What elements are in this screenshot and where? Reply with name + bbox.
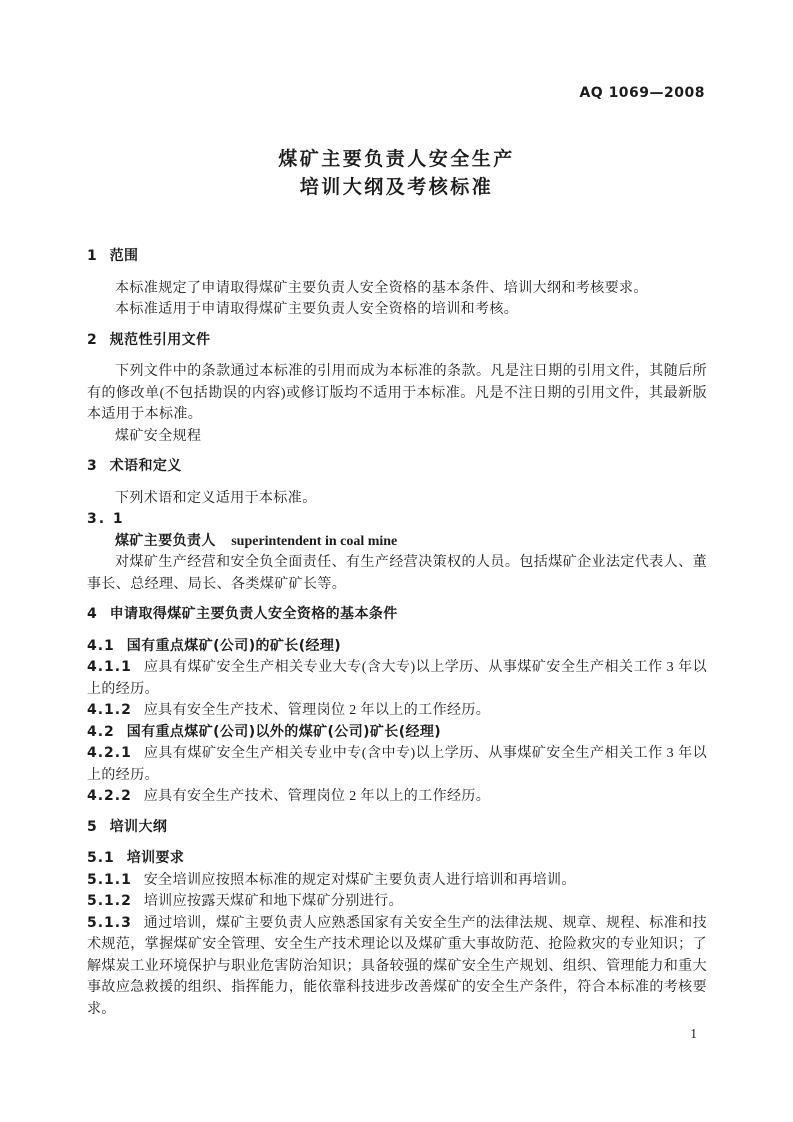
- section-4-heading: 4申请取得煤矿主要负责人安全资格的基本条件: [87, 604, 707, 626]
- text-run: 应具有安全生产技术、管理岗位 2 年以上的工作经历。: [144, 789, 490, 804]
- text-run: 应具有煤矿安全生产相关专业中专(含中专)以上学历、从事煤矿安全生产相关工作 3 …: [87, 746, 707, 783]
- text-run: 下列文件中的条款通过本标准的引用而成为本标准的条款。凡是注日期的引用文件，其随后…: [87, 364, 707, 422]
- clause-number: 3: [87, 458, 98, 474]
- clause-4-2-1: 4.2.1应具有煤矿安全生产相关专业中专(含中专)以上学历、从事煤矿安全生产相关…: [87, 743, 707, 786]
- clause-number: 4.1.1: [87, 659, 132, 675]
- referenced-document: 煤矿安全规程: [87, 426, 707, 448]
- text-run: 本标准适用于申请取得煤矿主要负责人安全资格的培训和考核。: [115, 302, 518, 317]
- clause-5-1-2: 5.1.2培训应按露天煤矿和地下煤矿分别进行。: [87, 891, 707, 913]
- section-5-heading: 5培训大纲: [87, 817, 707, 839]
- text-run: 培训要求: [127, 850, 185, 866]
- text-run: 术语和定义: [110, 458, 182, 474]
- document-title-line1: 煤矿主要负责人安全生产: [0, 145, 793, 173]
- clause-number: 4.1: [87, 638, 115, 654]
- text-run: 培训大纲: [110, 819, 168, 835]
- text-run: 应具有煤矿安全生产相关专业大专(含大专)以上学历、从事煤矿安全生产相关工作 3 …: [87, 660, 707, 697]
- term-chinese: 煤矿主要负责人: [115, 533, 216, 549]
- document-title: 煤矿主要负责人安全生产 培训大纲及考核标准: [0, 145, 793, 201]
- section-3-heading: 3术语和定义: [87, 456, 707, 478]
- clause-number: 4.2.2: [87, 788, 132, 804]
- clause-number: 5.1.2: [87, 893, 132, 909]
- text-run: 安全培训应按照本标准的规定对煤矿主要负责人进行培训和再培训。: [144, 873, 576, 888]
- clause-number: 5: [87, 819, 98, 835]
- clause-5-1-1: 5.1.1安全培训应按照本标准的规定对煤矿主要负责人进行培训和再培训。: [87, 870, 707, 892]
- clause-number: 5.1: [87, 850, 115, 866]
- clause-4-1-2: 4.1.2应具有安全生产技术、管理岗位 2 年以上的工作经历。: [87, 700, 707, 722]
- clause-number: 2: [87, 332, 98, 348]
- document-body: 1范围本标准规定了申请取得煤矿主要负责人安全资格的基本条件、培训大纲和考核要求。…: [87, 246, 707, 1020]
- section-1-heading: 1范围: [87, 246, 707, 268]
- text-run: 申请取得煤矿主要负责人安全资格的基本条件: [110, 606, 398, 622]
- subsection-4-2-heading: 4.2国有重点煤矿(公司)以外的煤矿(公司)矿长(经理): [87, 722, 707, 744]
- text-run: 煤矿安全规程: [115, 429, 201, 444]
- clause-4-2-2: 4.2.2应具有安全生产技术、管理岗位 2 年以上的工作经历。: [87, 786, 707, 808]
- text-run: 通过培训，煤矿主要负责人应熟悉国家有关安全生产的法律法规、规章、规程、标准和技术…: [87, 916, 707, 1017]
- text-run: 本标准规定了申请取得煤矿主要负责人安全资格的基本条件、培训大纲和考核要求。: [115, 281, 648, 296]
- document-page: AQ 1069—2008 煤矿主要负责人安全生产 培训大纲及考核标准 1范围本标…: [0, 0, 793, 1122]
- scope-paragraph-1: 本标准规定了申请取得煤矿主要负责人安全资格的基本条件、培训大纲和考核要求。: [87, 278, 707, 300]
- clause-number: 4.1.2: [87, 702, 132, 718]
- subsection-4-1-heading: 4.1国有重点煤矿(公司)的矿长(经理): [87, 636, 707, 658]
- clause-number: 4.2.1: [87, 745, 132, 761]
- clause-number: 5.1.1: [87, 872, 132, 888]
- clause-4-1-1: 4.1.1应具有煤矿安全生产相关专业大专(含大专)以上学历、从事煤矿安全生产相关…: [87, 657, 707, 700]
- clause-number: 1: [87, 248, 98, 264]
- normative-references-paragraph: 下列文件中的条款通过本标准的引用而成为本标准的条款。凡是注日期的引用文件，其随后…: [87, 361, 707, 426]
- subsection-5-1-heading: 5.1培训要求: [87, 848, 707, 870]
- text-run: 规范性引用文件: [110, 332, 211, 348]
- document-title-line2: 培训大纲及考核标准: [0, 173, 793, 201]
- clause-number: 4.2: [87, 724, 115, 740]
- text-run: 国有重点煤矿(公司)以外的煤矿(公司)矿长(经理): [127, 724, 441, 740]
- clause-number: 4: [87, 606, 98, 622]
- text-run: 应具有安全生产技术、管理岗位 2 年以上的工作经历。: [144, 703, 490, 718]
- page-number: 1: [690, 1026, 697, 1042]
- clause-3-1-number: 3. 1: [87, 509, 707, 531]
- term-english: superintendent in coal mine: [231, 534, 397, 549]
- clause-number: 5.1.3: [87, 915, 132, 931]
- standard-code: AQ 1069—2008: [579, 85, 705, 101]
- section-2-heading: 2规范性引用文件: [87, 330, 707, 352]
- term-heading: 煤矿主要负责人superintendent in coal mine: [87, 531, 707, 553]
- text-run: 对煤矿生产经营和安全负全面责任、有生产经营决策权的人员。包括煤矿企业法定代表人、…: [87, 555, 707, 592]
- clause-5-1-3: 5.1.3通过培训，煤矿主要负责人应熟悉国家有关安全生产的法律法规、规章、规程、…: [87, 913, 707, 1021]
- text-run: 范围: [110, 248, 139, 264]
- clause-number: 3. 1: [87, 511, 125, 527]
- text-run: 培训应按露天煤矿和地下煤矿分别进行。: [144, 894, 403, 909]
- terms-intro-paragraph: 下列术语和定义适用于本标准。: [87, 488, 707, 510]
- text-run: 国有重点煤矿(公司)的矿长(经理): [127, 638, 341, 654]
- scope-paragraph-2: 本标准适用于申请取得煤矿主要负责人安全资格的培训和考核。: [87, 299, 707, 321]
- term-definition-paragraph: 对煤矿生产经营和安全负全面责任、有生产经营决策权的人员。包括煤矿企业法定代表人、…: [87, 552, 707, 595]
- text-run: 下列术语和定义适用于本标准。: [115, 491, 317, 506]
